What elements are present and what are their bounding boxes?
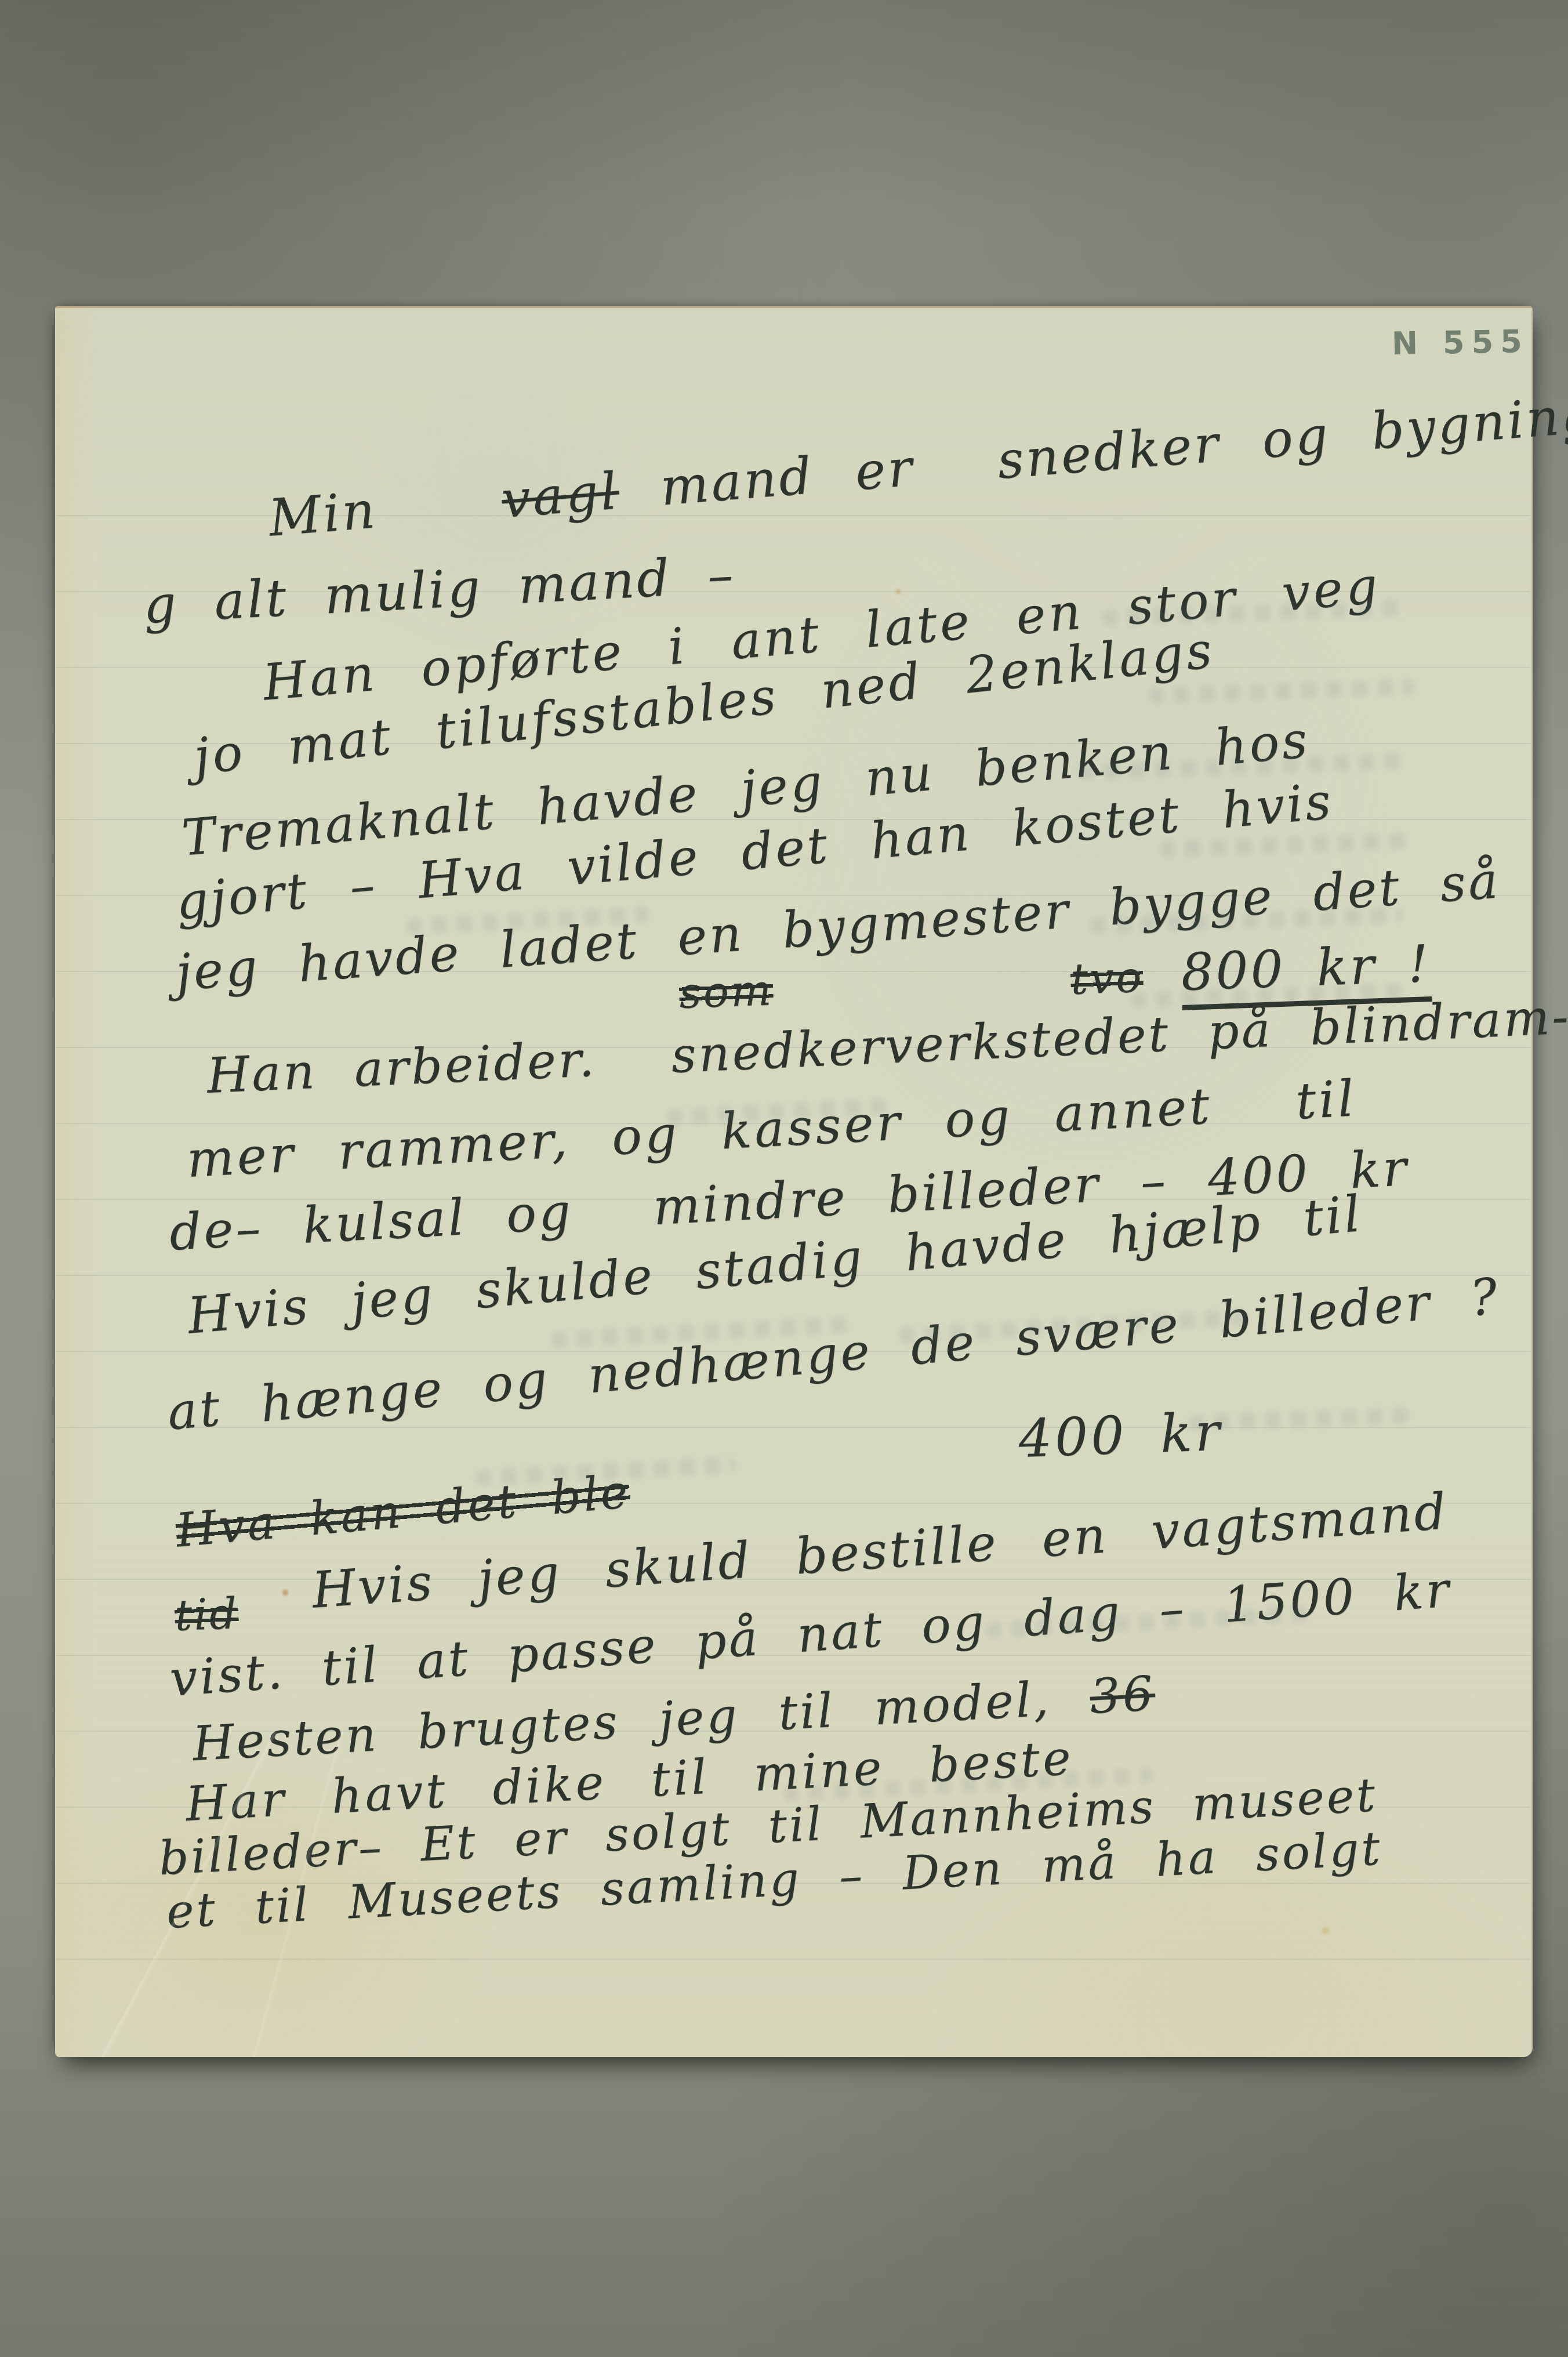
stain-spot	[1322, 1927, 1329, 1934]
paper-sheet: N 555 Min vagl mand er snedker og bygnin…	[55, 306, 1533, 2057]
handwritten-line: tvo	[1070, 955, 1144, 1003]
word-segment: vagl	[499, 461, 621, 530]
stain-spot	[282, 1590, 288, 1595]
ruled-line	[56, 1959, 1530, 1960]
word-segment: som	[678, 965, 774, 1018]
handwritten-line: 800 kr !	[1180, 937, 1432, 999]
handwritten-line: Han arbeider. snedkerverkstedet på blind…	[206, 991, 1568, 1101]
stain-spot	[896, 589, 901, 594]
handwritten-line: tid	[174, 1591, 239, 1638]
word-segment: Han arbeider. snedkerverkstedet på blind…	[206, 988, 1568, 1104]
bleedthrough-mark	[1148, 679, 1415, 704]
catalog-number: N 555	[1391, 323, 1529, 362]
word-segment: mand er snedker og bygningsko	[616, 376, 1568, 520]
word-segment: 400 kr	[1018, 1402, 1224, 1470]
handwritten-line: som	[678, 968, 774, 1016]
word-segment: tid	[174, 1589, 239, 1641]
handwritten-line: 400 kr	[1018, 1405, 1224, 1467]
handwritten-line: g alt mulig mand –	[142, 548, 736, 633]
handwritten-line: Hva kan det ble	[174, 1467, 632, 1555]
handwritten-line: Min vagl mand er snedker og bygningsko	[267, 380, 1568, 545]
word-segment: Min	[267, 470, 504, 547]
word-segment: tvo	[1070, 952, 1144, 1005]
word-segment: 36	[1088, 1666, 1156, 1725]
